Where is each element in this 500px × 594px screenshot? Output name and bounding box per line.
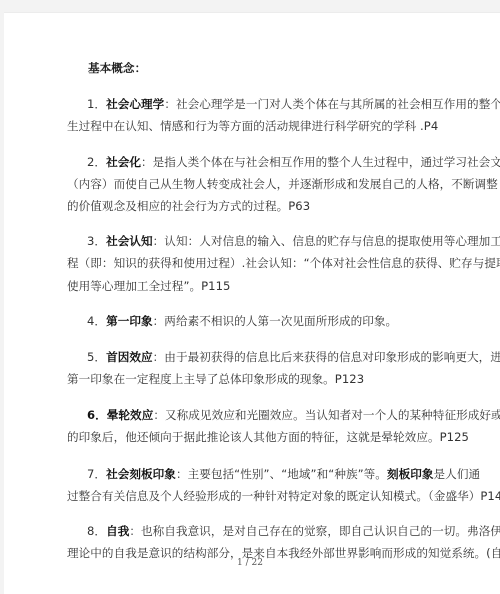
paragraph-2-line-1: 2．社会化：是指人类个体在与社会相互作用的整个人生过程中，通过学习社会文化 <box>87 154 500 170</box>
paragraph-7-line-2: 过整合有关信息及个人经验形成的一种针对特定对象的既定认知模式。（金盛华）P141 <box>67 488 500 504</box>
section-heading: 基本概念： <box>88 60 146 76</box>
paragraph-number: 5． <box>87 350 106 364</box>
definition-text: ：社会心理学是一门对人类个体在与其所属的社会相互作用的整个人 <box>164 97 500 111</box>
paragraph-number: 7． <box>87 467 106 481</box>
term-social-psychology: 社会心理学 <box>106 97 164 111</box>
page-indicator: 1 / 22 <box>0 558 500 568</box>
term-halo-effect: 晕轮效应 <box>107 408 154 422</box>
definition-text: ：由于最初获得的信息比后来获得的信息对印象形成的影响更大，进而 <box>153 350 500 364</box>
paragraph-1-line-2: 生过程中在认知、情感和行为等方面的活动规律进行科学研究的学科 .P4 <box>67 118 438 134</box>
term-social-cognition: 社会认知 <box>106 234 153 248</box>
paragraph-2-line-3: 的价值观念及相应的社会行为方式的过程。P63 <box>67 198 310 214</box>
paragraph-2-line-2: （内容）而使自己从生物人转变成社会人，并逐渐形成和发展自己的人格，不断调整自己 <box>67 176 500 192</box>
definition-text: ：主要包括“性别”、“地域”和“种族”等。 <box>176 467 387 481</box>
paragraph-number: 4． <box>87 314 106 328</box>
definition-text: ：又称成见效应和光圈效应。当认知者对一个人的某种特征形成好或坏 <box>153 408 500 422</box>
definition-text: ：是指人类个体在与社会相互作用的整个人生过程中，通过学习社会文化 <box>141 155 500 169</box>
paragraph-8-line-1: 8．自我：也称自我意识，是对自己存在的觉察，即自己认识自己的一切。弗洛伊德 <box>87 523 500 539</box>
paragraph-number: 2． <box>87 155 106 169</box>
definition-text: ：两给素不相识的人第一次见面所形成的印象。 <box>153 314 398 328</box>
term-first-impression: 第一印象 <box>106 314 153 328</box>
paragraph-3-line-2: 程（即：知识的获得和使用过程）.社会认知：“个体对社会性信息的获得、贮存与提取 <box>67 255 500 271</box>
document-page: 基本概念： 1．社会心理学：社会心理学是一门对人类个体在与其所属的社会相互作用的… <box>4 12 500 594</box>
paragraph-7-line-1: 7．社会刻板印象：主要包括“性别”、“地域”和“种族”等。刻板印象是人们通 <box>87 466 480 482</box>
paragraph-3-line-1: 3．社会认知：认知：人对信息的输入、信息的贮存与信息的提取使用等心理加工过 <box>87 233 500 249</box>
paragraph-5-line-2: 第一印象在一定程度上主导了总体印象形成的现象。P123 <box>67 371 364 387</box>
paragraph-1-line-1: 1．社会心理学：社会心理学是一门对人类个体在与其所属的社会相互作用的整个人 <box>87 96 500 112</box>
term-self: 自我 <box>106 524 129 538</box>
paragraph-6-line-2: 的印象后，他还倾向于据此推论该人其他方面的特征，这就是晕轮效应。P125 <box>67 429 469 445</box>
paragraph-5-line-1: 5．首因效应：由于最初获得的信息比后来获得的信息对印象形成的影响更大，进而 <box>87 349 500 365</box>
paragraph-number: 3． <box>87 234 106 248</box>
term-primacy-effect: 首因效应 <box>106 350 153 364</box>
term-social-stereotype: 社会刻板印象 <box>106 467 176 481</box>
paragraph-6-line-1: 6．晕轮效应：又称成见效应和光圈效应。当认知者对一个人的某种特征形成好或坏 <box>87 407 500 423</box>
paragraph-number: 8． <box>87 524 106 538</box>
term-socialization: 社会化 <box>106 155 141 169</box>
paragraph-4-line-1: 4．第一印象：两给素不相识的人第一次见面所形成的印象。 <box>87 313 397 329</box>
term-stereotype: 刻板印象 <box>387 467 434 481</box>
paragraph-number: 1． <box>87 97 106 111</box>
definition-text: ：认知：人对信息的输入、信息的贮存与信息的提取使用等心理加工过 <box>153 234 500 248</box>
definition-text: 是人们通 <box>434 467 481 481</box>
definition-text: ：也称自我意识，是对自己存在的觉察，即自己认识自己的一切。弗洛伊德 <box>129 524 500 538</box>
paragraph-3-line-3: 使用等心理加工全过程”。P115 <box>67 278 230 294</box>
paragraph-number: 6． <box>87 408 107 422</box>
